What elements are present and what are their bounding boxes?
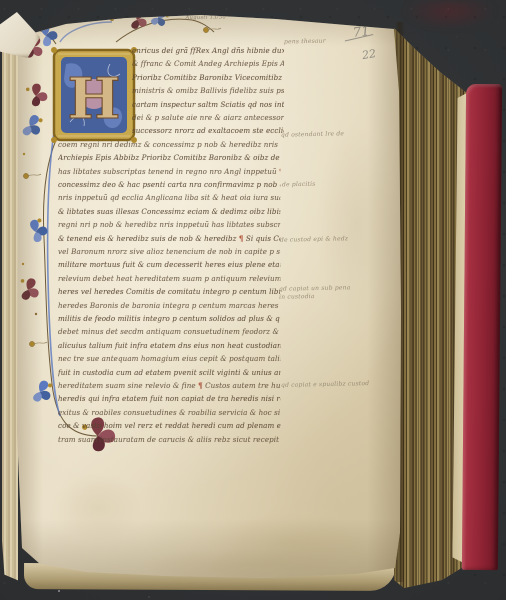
margin-note: pens thesaur <box>284 38 326 47</box>
line-text: heredes Baronis de baronia integra p cen… <box>58 301 280 310</box>
margin-note: qd ostendant lre de <box>281 130 344 139</box>
line-text: Archiepis Epis Abbibz Prioribz Comitibz … <box>58 153 280 162</box>
line-text: heredis qui infra etatem fuit non capiat… <box>58 394 280 403</box>
manuscript-line: debet minus det secdm antiquam consuetud… <box>58 325 280 338</box>
manuscript-line: & ffranc & Comit Andeg Archiepis Epis Ab… <box>132 57 284 70</box>
line-text: & tenend eis & heredibz suis de nob & he… <box>58 234 239 243</box>
manuscript-line: alicuius talium fuit infra etatem dns ei… <box>58 339 280 352</box>
line-text: enricus dei grã ffRex Angl dñs hibnie du… <box>132 46 284 55</box>
line-text: alicuius talium fuit infra etatem dns ei… <box>58 341 280 350</box>
manuscript-parchment-page: Augusti 13/50 71 22 <box>16 12 402 588</box>
margin-note: qd capiat un sub penain custodia <box>279 284 351 301</box>
manuscript-line: hereditatem suam sine relevio & fine ¶ C… <box>58 379 280 392</box>
margin-note: de custod epi & hedz <box>280 235 348 244</box>
line-text: militis de feodo militis integro p centu… <box>58 314 280 323</box>
photograph-of-open-manuscript-book: Augusti 13/50 71 22 <box>0 0 506 600</box>
line-text: concessimz deo & hac psenti carta nra co… <box>58 180 280 189</box>
line-text: vel Baronum nrorz sive alioz tenencium d… <box>58 247 280 256</box>
margin-note-line: de placitis <box>282 181 316 190</box>
manuscript-line: vel Baronum nrorz sive alioz tenencium d… <box>58 245 280 258</box>
manuscript-line: exitus & roabiles consuetudines & roabil… <box>58 406 280 419</box>
margin-note-line: in custodia <box>279 292 351 301</box>
manuscript-line: nec tre sue antequam homagium eius cepit… <box>58 352 280 365</box>
line-text: has libtates subscriptas tenend in regno… <box>58 167 279 176</box>
line-text: dei & p salute aie nre & aiarz antecesso… <box>132 113 284 122</box>
line-text: ministris & omibz Ballivis fidelibz suis… <box>132 86 284 95</box>
manuscript-line: nris inppetuũ qd ecclia Anglicana liba s… <box>58 191 280 204</box>
line-text: & ffranc & Comit Andeg Archiepis Epis Ab… <box>132 59 284 68</box>
line-text: relevium debet heat hereditatem suam p a… <box>58 274 280 283</box>
manuscript-line: coem regni nri dedimz & concessimz p nob… <box>58 138 280 151</box>
line-text: & libtates suas illesas Concessimz eciam… <box>58 207 280 216</box>
line-text: fuit in custodia cum ad etatem pvenit sc… <box>58 368 280 377</box>
line-text: tram suam instauratam de carucis & aliis… <box>58 435 280 444</box>
manuscript-line: Archiepis Epis Abbibz Prioribz Comitibz … <box>58 151 280 164</box>
dust-specks <box>0 0 2 2</box>
manuscript-line: cartam inspectur saltm Sciatis qd nos in… <box>132 98 284 111</box>
line-text: Si quis Comitum <box>244 234 281 243</box>
margin-note-line: qd ostendant lre de <box>281 130 344 139</box>
line-text: exitus & roabiles consuetudines & roabil… <box>58 408 280 417</box>
manuscript-line: Prioribz Comitibz Baronibz Vicecomitibz … <box>132 71 284 84</box>
margin-note-line: de custod epi & hedz <box>280 235 348 244</box>
manuscript-line: tram suam instauratam de carucis & aliis… <box>58 433 280 446</box>
manuscript-line: fuit in custodia cum ad etatem pvenit sc… <box>58 366 280 379</box>
manuscript-line: relevium debet heat hereditatem suam p a… <box>58 272 280 285</box>
manuscript-line: enricus dei grã ffRex Angl dñs hibnie du… <box>132 44 284 57</box>
underlying-page-edges-left <box>2 20 18 586</box>
line-text: debet minus det secdm antiquam consuetud… <box>58 327 280 336</box>
line-text: cartam inspectur saltm Sciatis qd nos in… <box>132 100 284 109</box>
line-text: regni nri p nob & heredibz nris inppetuũ… <box>58 220 280 229</box>
line-text: hereditatem suam sine relevio & fine <box>58 381 198 390</box>
line-text: Prioribz Comitibz Baronibz Vicecomitibz … <box>132 73 284 82</box>
manuscript-line: & libtates suas illesas Concessimz eciam… <box>58 205 280 218</box>
line-text: coe & vasto hoim vel rerz et reddat here… <box>58 421 280 430</box>
manuscript-line: ministris & omibz Ballivis fidelibz suis… <box>132 84 284 97</box>
line-text: Custos autem tre huiusmodi <box>203 381 281 390</box>
margin-note-line: pens thesaur <box>284 38 326 47</box>
manuscript-line: successorz nrorz ad exaltacoem ste eccli… <box>132 124 284 137</box>
line-text: militare mortuus fuit & cum decesserit h… <box>58 260 280 269</box>
manuscript-line: has libtates subscriptas tenend in regno… <box>58 165 280 178</box>
manuscript-line: regni nri p nob & heredibz nris inppetuũ… <box>58 218 280 231</box>
manuscript-line: heredis qui infra etatem fuit non capiat… <box>58 392 280 405</box>
line-text: successorz nrorz ad exaltacoem ste eccli… <box>132 126 284 135</box>
margin-note: de placitis <box>282 181 316 190</box>
manuscript-line: heredes Baronis de baronia integra p cen… <box>58 299 280 312</box>
manuscript-line: coe & vasto hoim vel rerz et reddat here… <box>58 419 280 432</box>
manuscript-line: concessimz deo & hac psenti carta nra co… <box>58 178 280 191</box>
line-text: nris inppetuũ qd ecclia Anglicana liba s… <box>58 193 280 202</box>
manuscript-line: heres vel heredes Comitis de comitatu in… <box>58 285 280 298</box>
line-text: heres vel heredes Comitis de comitatu in… <box>58 287 280 296</box>
book-cover-top-shadow <box>398 0 502 28</box>
manuscript-line: & tenend eis & heredibz suis de nob & he… <box>58 232 280 245</box>
line-text: nec tre sue antequam homagium eius cepit… <box>58 354 280 363</box>
red-pilcrow: ¶ <box>279 167 280 176</box>
manuscript-line: militare mortuus fuit & cum decesserit h… <box>58 258 280 271</box>
manuscript-line: militis de feodo militis integro p centu… <box>58 312 280 325</box>
red-binding-cover-edge <box>462 84 502 570</box>
manuscript-line: dei & p salute aie nre & aiarz antecesso… <box>132 111 284 124</box>
line-text: coem regni nri dedimz & concessimz p nob… <box>58 140 280 149</box>
